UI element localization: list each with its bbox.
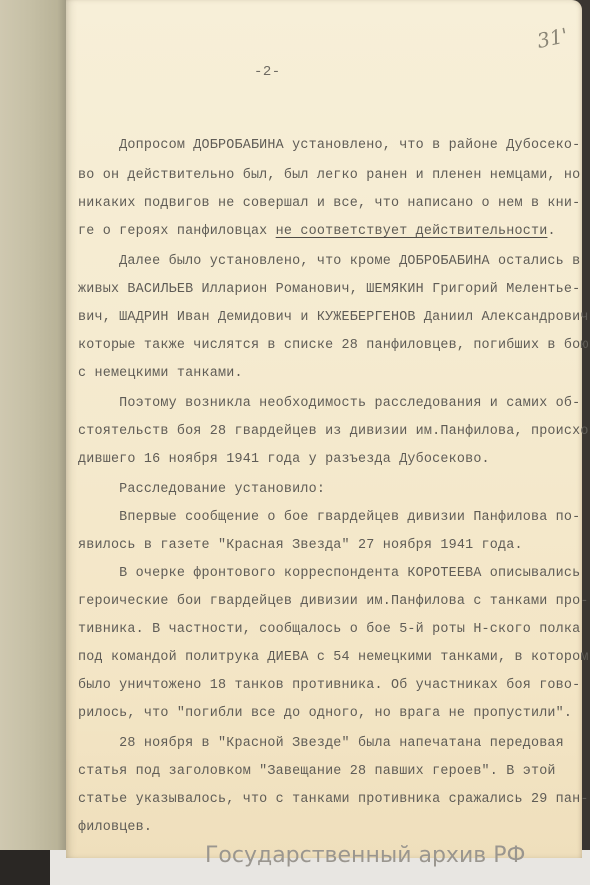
- text-line: было уничтожено 18 танков противника. Об…: [78, 678, 580, 693]
- text-line: Далее было установлено, что кроме ДОБРОБ…: [78, 254, 580, 269]
- text-line: Расследование установило:: [78, 482, 325, 497]
- text-line: героические бои гвардейцев дивизии им.Па…: [78, 594, 589, 609]
- text-line: ге о героях панфиловцах не соответствует…: [78, 224, 556, 239]
- text-line: явилось в газете "Красная Звезда" 27 ноя…: [78, 538, 523, 553]
- text-line: под командой политрука ДИЕВА с 54 немецк…: [78, 650, 589, 665]
- text-line: статье указывалось, что с танками против…: [78, 792, 589, 807]
- text-line: живых ВАСИЛЬЕВ Илларион Романович, ШЕМЯК…: [78, 282, 580, 297]
- text-line: Допросом ДОБРОБАБИНА установлено, что в …: [78, 138, 580, 153]
- text-line: статья под заголовком "Завещание 28 павш…: [78, 764, 556, 779]
- text-line: стоятельств боя 28 гвардейцев из дивизии…: [78, 424, 590, 439]
- text-line: Впервые сообщение о бое гвардейцев дивиз…: [78, 510, 580, 525]
- text-line: филовцев.: [78, 820, 152, 835]
- binder-shadow: [0, 850, 50, 885]
- text-line: В очерке фронтового корреспондента КОРОТ…: [78, 566, 580, 581]
- text-line: которые также числятся в списке 28 панфи…: [78, 338, 589, 353]
- text-line: рилось, что "погибли все до одного, но в…: [78, 706, 572, 721]
- text-line: с немецкими танками.: [78, 366, 243, 381]
- archive-watermark: Государственный архив РФ: [205, 843, 525, 868]
- text-line: никаких подвигов не совершал и все, что …: [78, 196, 580, 211]
- underlined-phrase: не соответствует действительности: [276, 224, 548, 239]
- text-line: дившего 16 ноября 1941 года у разъезда Д…: [78, 452, 490, 467]
- text-line: вич, ШАДРИН Иван Демидович и КУЖЕБЕРГЕНО…: [78, 310, 590, 325]
- text-line: Поэтому возникла необходимость расследов…: [78, 396, 580, 411]
- text-line: тивника. В частности, сообщалось о бое 5…: [78, 622, 580, 637]
- text-line: во он действительно был, был легко ранен…: [78, 168, 580, 183]
- text-line: 28 ноября в "Красной Звезде" была напеча…: [78, 736, 564, 751]
- binder-edge: [0, 0, 72, 885]
- page-number: -2-: [254, 64, 281, 80]
